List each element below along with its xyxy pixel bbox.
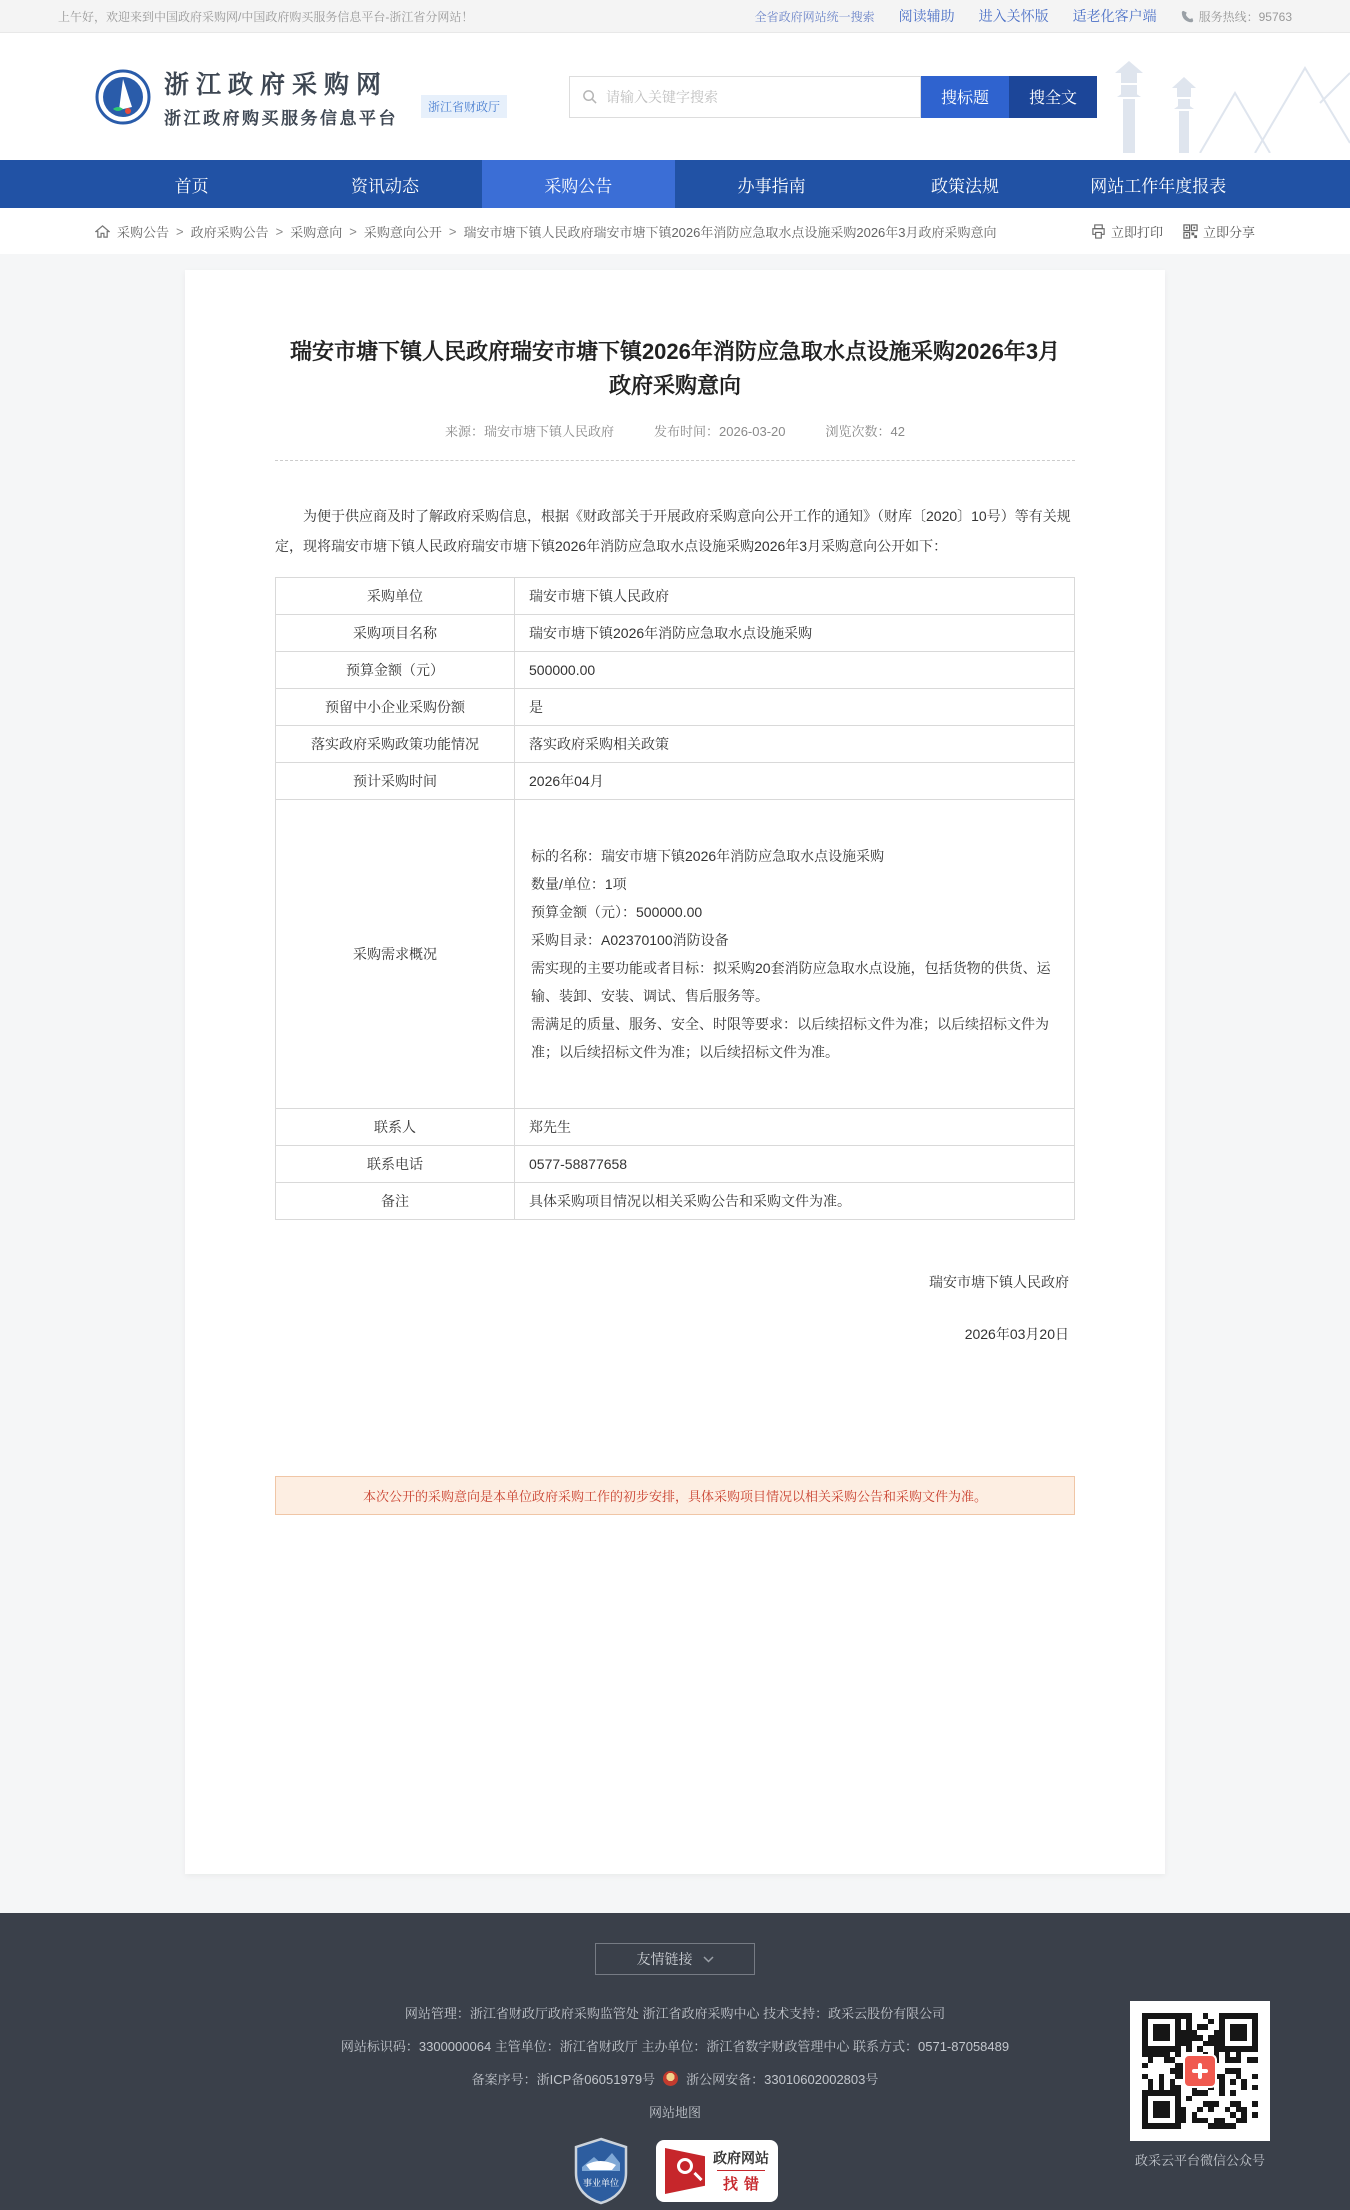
public-institution-badge[interactable]: 事业单位 [572, 2137, 630, 2205]
site-subtitle: 浙江政府购买服务信息平台 [164, 104, 398, 129]
disclaimer-notice: 本次公开的采购意向是本单位政府采购工作的初步安排，具体采购项目情况以相关采购公告… [275, 1476, 1075, 1515]
qr-share-icon [1183, 224, 1198, 239]
table-row-demand-overview: 采购需求概况 标的名称：瑞安市塘下镇2026年消防应急取水点设施采购 数量/单位… [276, 800, 1075, 1109]
gov-website-error-report-badge[interactable]: 政府网站 找错 [656, 2140, 778, 2202]
breadcrumb-item-procurement[interactable]: 采购公告 [117, 222, 169, 241]
main-nav: 首页 资讯动态 采购公告 办事指南 政策法规 网站工作年度报表 [0, 160, 1350, 208]
row-value: 落实政府采购相关政策 [515, 726, 1075, 763]
friendly-links-dropdown[interactable]: 友情链接 [595, 1943, 755, 1975]
error-report-flag-icon [665, 2148, 705, 2194]
row-value: 瑞安市塘下镇2026年消防应急取水点设施采购 [515, 615, 1075, 652]
row-value: 郑先生 [515, 1109, 1075, 1146]
toplink-unified-search[interactable]: 全省政府网站统一搜索 [755, 8, 875, 25]
top-utility-bar: 上午好，欢迎来到中国政府采购网/中国政府购买服务信息平台-浙江省分网站！ 全省政… [0, 0, 1350, 33]
table-row: 采购项目名称 瑞安市塘下镇2026年消防应急取水点设施采购 [276, 615, 1075, 652]
site-footer: 友情链接 网站管理：浙江省财政厅政府采购监管处 浙江省政府采购中心 技术支持：政… [0, 1913, 1350, 2210]
page-title: 瑞安市塘下镇人民政府瑞安市塘下镇2026年消防应急取水点设施采购2026年3月政… [275, 335, 1075, 403]
printer-icon [1091, 224, 1106, 239]
nav-item-annual-report[interactable]: 网站工作年度报表 [1062, 160, 1255, 208]
row-label: 落实政府采购政策功能情况 [276, 726, 515, 763]
chevron-down-icon [703, 1956, 714, 1963]
footer-management-line: 网站管理：浙江省财政厅政府采购监管处 浙江省政府采购中心 技术支持：政采云股份有… [80, 2003, 1270, 2022]
qr-code [1130, 2001, 1270, 2141]
row-label: 采购项目名称 [276, 615, 515, 652]
procurement-info-table: 采购单位 瑞安市塘下镇人民政府 采购项目名称 瑞安市塘下镇2026年消防应急取水… [275, 577, 1075, 1220]
row-label: 采购单位 [276, 578, 515, 615]
row-label: 采购需求概况 [276, 800, 515, 1109]
welcome-text: 上午好，欢迎来到中国政府采购网/中国政府购买服务信息平台-浙江省分网站！ [58, 8, 473, 25]
row-label: 备注 [276, 1183, 515, 1220]
row-label: 预算金额（元） [276, 652, 515, 689]
toplink-care-version[interactable]: 进入关怀版 [979, 6, 1049, 26]
row-value: 瑞安市塘下镇人民政府 [515, 578, 1075, 615]
breadcrumb-item-intent-open[interactable]: 采购意向公开 [364, 222, 442, 241]
article-meta: 来源：瑞安市塘下镇人民政府 发布时间：2026-03-20 浏览次数：42 [275, 421, 1075, 440]
row-value: 500000.00 [515, 652, 1075, 689]
phone-icon [1181, 10, 1194, 23]
shield-icon [572, 2137, 630, 2205]
row-value: 具体采购项目情况以相关采购公告和采购文件为准。 [515, 1183, 1075, 1220]
table-row: 预留中小企业采购份额 是 [276, 689, 1075, 726]
toplink-elderly-client[interactable]: 适老化客户端 [1073, 6, 1157, 26]
table-row: 预算金额（元） 500000.00 [276, 652, 1075, 689]
article-card: 瑞安市塘下镇人民政府瑞安市塘下镇2026年消防应急取水点设施采购2026年3月政… [185, 270, 1165, 1874]
breadcrumb-item-gov-notices[interactable]: 政府采购公告 [191, 222, 269, 241]
home-icon[interactable] [95, 224, 110, 239]
breadcrumb-item-current: 瑞安市塘下镇人民政府瑞安市塘下镇2026年消防应急取水点设施采购2026年3月政… [463, 222, 996, 241]
police-record-link[interactable]: 浙公网安备：33010602002803号 [686, 2069, 878, 2088]
site-header: 浙江政府采购网 浙江政府购买服务信息平台 浙江省财政厅 搜标题 搜全文 [0, 33, 1350, 160]
search-icon [582, 89, 597, 104]
share-button[interactable]: 立即分享 [1183, 222, 1255, 241]
nav-item-policies[interactable]: 政策法规 [868, 160, 1061, 208]
toplink-reading-aid[interactable]: 阅读辅助 [899, 6, 955, 26]
breadcrumb-separator: > [449, 224, 457, 239]
nav-item-procurement-notices[interactable]: 采购公告 [482, 160, 675, 208]
row-value: 标的名称：瑞安市塘下镇2026年消防应急取水点设施采购 数量/单位：1项 预算金… [515, 800, 1075, 1109]
nav-item-service-guide[interactable]: 办事指南 [675, 160, 868, 208]
breadcrumb: 采购公告 > 政府采购公告 > 采购意向 > 采购意向公开 > 瑞安市塘下镇人民… [95, 222, 997, 241]
nav-item-home[interactable]: 首页 [95, 160, 288, 208]
site-logo[interactable]: 浙江政府采购网 浙江政府购买服务信息平台 浙江省财政厅 [95, 65, 507, 129]
site-logo-emblem-icon [95, 69, 151, 125]
table-row: 预计采购时间 2026年04月 [276, 763, 1075, 800]
breadcrumb-item-intent[interactable]: 采购意向 [290, 222, 342, 241]
table-row: 落实政府采购政策功能情况 落实政府采购相关政策 [276, 726, 1075, 763]
nav-item-news[interactable]: 资讯动态 [288, 160, 481, 208]
footer-icp-line: 备案序号：浙ICP备06051979号 浙公网安备：33010602002803… [80, 2069, 1270, 2088]
table-row: 联系电话 0577-58877658 [276, 1146, 1075, 1183]
meta-source: 来源：瑞安市塘下镇人民政府 [445, 421, 614, 440]
meta-view-count: 浏览次数：42 [826, 421, 905, 440]
search-fulltext-button[interactable]: 搜全文 [1009, 76, 1097, 118]
row-label: 预留中小企业采购份额 [276, 689, 515, 726]
row-label: 预计采购时间 [276, 763, 515, 800]
qr-caption: 政采云平台微信公众号 [1130, 2150, 1270, 2169]
row-value: 2026年04月 [515, 763, 1075, 800]
footer-badges: 事业单位 政府网站 找错 [80, 2137, 1270, 2205]
search-input[interactable] [606, 89, 908, 105]
row-value: 0577-58877658 [515, 1146, 1075, 1183]
divider [275, 460, 1075, 461]
authority-badge: 浙江省财政厅 [421, 95, 507, 118]
meta-publish-date: 发布时间：2026-03-20 [654, 421, 786, 440]
print-button[interactable]: 立即打印 [1091, 222, 1163, 241]
service-hotline: 服务热线：95763 [1181, 8, 1292, 25]
row-label: 联系电话 [276, 1146, 515, 1183]
site-title: 浙江政府采购网 [164, 65, 398, 101]
search-bar: 搜标题 搜全文 [569, 76, 1097, 118]
signature-organization: 瑞安市塘下镇人民政府 [275, 1272, 1075, 1292]
wechat-qr-block: 政采云平台微信公众号 [1130, 2001, 1270, 2169]
breadcrumb-separator: > [176, 224, 184, 239]
intro-paragraph: 为便于供应商及时了解政府采购信息，根据《财政部关于开展政府采购意向公开工作的通知… [275, 501, 1075, 561]
police-emblem-icon [663, 2071, 678, 2086]
table-row: 采购单位 瑞安市塘下镇人民政府 [276, 578, 1075, 615]
main-content-area: 瑞安市塘下镇人民政府瑞安市塘下镇2026年消防应急取水点设施采购2026年3月政… [0, 254, 1350, 1913]
sitemap-link[interactable]: 网站地图 [649, 2105, 701, 2120]
breadcrumb-separator: > [276, 224, 284, 239]
row-label: 联系人 [276, 1109, 515, 1146]
table-row: 备注 具体采购项目情况以相关采购公告和采购文件为准。 [276, 1183, 1075, 1220]
zcy-logo-icon [1183, 2054, 1217, 2088]
row-value: 是 [515, 689, 1075, 726]
table-row: 联系人 郑先生 [276, 1109, 1075, 1146]
search-title-button[interactable]: 搜标题 [921, 76, 1009, 118]
footer-identity-line: 网站标识码：3300000064 主管单位：浙江省财政厅 主办单位：浙江省数字财… [80, 2036, 1270, 2055]
breadcrumb-separator: > [349, 224, 357, 239]
breadcrumb-bar: 采购公告 > 政府采购公告 > 采购意向 > 采购意向公开 > 瑞安市塘下镇人民… [0, 208, 1350, 254]
icp-record-link[interactable]: 备案序号：浙ICP备06051979号 [472, 2069, 656, 2088]
signature-date: 2026年03月20日 [275, 1324, 1075, 1344]
